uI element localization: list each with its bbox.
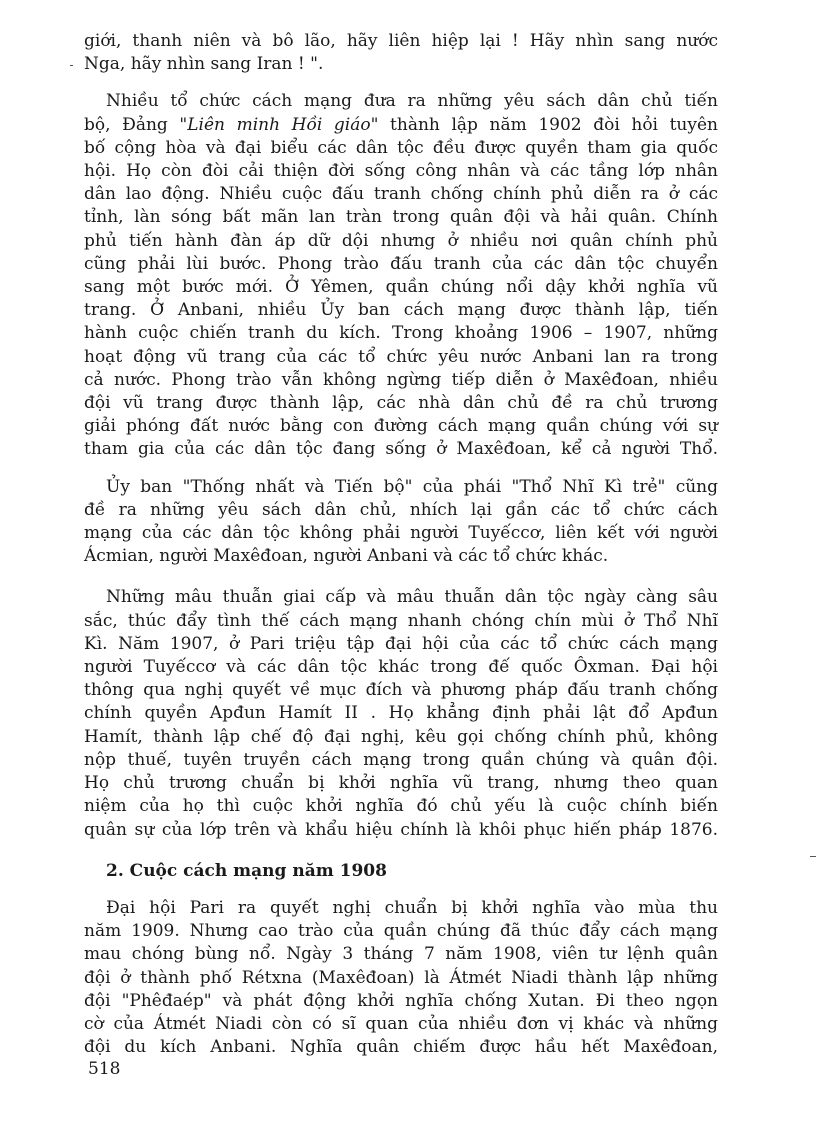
text-line: tham gia của các dân tộc đang sống ở Max…	[84, 438, 718, 461]
text-line: đội du kích Anbani. Nghĩa quân chiếm đượ…	[84, 1036, 718, 1059]
text-line: cả nước. Phong trào vẫn không ngừng tiếp…	[84, 369, 718, 392]
scan-speck	[70, 65, 73, 66]
text-line: đội "Phêđaép" và phát động khởi nghĩa ch…	[84, 990, 718, 1013]
text-line: phủ tiến hành đàn áp dữ dội nhưng ở nhiề…	[84, 230, 718, 253]
text-line: Ủy ban "Thống nhất và Tiến bộ" của phái …	[84, 476, 718, 499]
paragraph: Ủy ban "Thống nhất và Tiến bộ" của phái …	[84, 476, 718, 569]
text-line: Ácmian, người Maxêđoan, người Anbani và …	[84, 545, 718, 568]
text-line: hành cuộc chiến tranh du kích. Trong kho…	[84, 322, 718, 345]
text-line: Nhiều tổ chức cách mạng đưa ra những yêu…	[84, 90, 718, 113]
text-line: chính quyền Apđun Hamít II . Họ khẳng đị…	[84, 702, 718, 725]
text-line: bố cộng hòa và đại biểu các dân tộc đều …	[84, 137, 718, 160]
text-line: sang một bước mới. Ở Yêmen, quần chúng n…	[84, 276, 718, 299]
text-line: sắc, thúc đẩy tình thế cách mạng nhanh c…	[84, 610, 718, 633]
text-line: người Tuyếccơ và các dân tộc khác trong …	[84, 656, 718, 679]
text-line: hội. Họ còn đòi cải thiện đời sống công …	[84, 160, 718, 183]
text-line: bộ, Đảng "Liên minh Hồi giáo" thành lập …	[84, 114, 718, 137]
text-line: cũng phải lùi bước. Phong trào đấu tranh…	[84, 253, 718, 276]
text-line: hoạt động vũ trang của các tổ chức yêu n…	[84, 346, 718, 369]
page-number: 518	[88, 1059, 120, 1079]
text-line: dân lao động. Nhiều cuộc đấu tranh chống…	[84, 183, 718, 206]
text-line: giải phóng đất nước bằng con đường cách …	[84, 415, 718, 438]
party-name-italic: Liên minh Hồi giáo	[187, 115, 370, 135]
paragraph: Những mâu thuẫn giai cấp và mâu thuẫn dâ…	[84, 586, 718, 841]
text-line: mau chóng bùng nổ. Ngày 3 tháng 7 năm 19…	[84, 943, 718, 966]
text-line: trang. Ở Anbani, nhiều Ủy ban cách mạng …	[84, 299, 718, 322]
text-line: quân sự của lớp trên và khẩu hiệu chính …	[84, 819, 718, 842]
text-line: nộp thuế, tuyên truyền cách mạng trong q…	[84, 749, 718, 772]
text-line: cờ của Átmét Niadi còn có sĩ quan của nh…	[84, 1013, 718, 1036]
text-line: Hamít, thành lập chế độ đại nghị, kêu gọ…	[84, 726, 718, 749]
text-line: giới, thanh niên và bô lão, hãy liên hiệ…	[84, 30, 718, 53]
scan-speck	[810, 856, 816, 857]
text-line: Những mâu thuẫn giai cấp và mâu thuẫn dâ…	[84, 586, 718, 609]
text-line: đội ở thành phố Rétxna (Maxêđoan) là Átm…	[84, 967, 718, 990]
text-line: thông qua nghị quyết về mục đích và phươ…	[84, 679, 718, 702]
paragraph: giới, thanh niên và bô lão, hãy liên hiệ…	[84, 30, 718, 76]
text-line: năm 1909. Nhưng cao trào của quần chúng …	[84, 920, 718, 943]
text-line: Họ chủ trương chuẩn bị khởi nghĩa vũ tra…	[84, 772, 718, 795]
text-line: Kì. Năm 1907, ở Pari triệu tập đại hội c…	[84, 633, 718, 656]
section-heading: 2. Cuộc cách mạng năm 1908	[84, 860, 718, 883]
text-line: tỉnh, làn sóng bất mãn lan tràn trong qu…	[84, 206, 718, 229]
paragraph: Đại hội Pari ra quyết nghị chuẩn bị khởi…	[84, 897, 718, 1059]
book-page: giới, thanh niên và bô lão, hãy liên hiệ…	[84, 12, 718, 1059]
paragraph: Nhiều tổ chức cách mạng đưa ra những yêu…	[84, 90, 718, 461]
text-line: đề ra những yêu sách dân chủ, nhích lại …	[84, 499, 718, 522]
text-line: đội vũ trang được thành lập, các nhà dân…	[84, 392, 718, 415]
text-line: mạng của các dân tộc không phải người Tu…	[84, 522, 718, 545]
text-line: Đại hội Pari ra quyết nghị chuẩn bị khởi…	[84, 897, 718, 920]
text-line: niệm của họ thì cuộc khởi nghĩa đó chủ y…	[84, 795, 718, 818]
text-line: Nga, hãy nhìn sang Iran ! ".	[84, 53, 718, 76]
